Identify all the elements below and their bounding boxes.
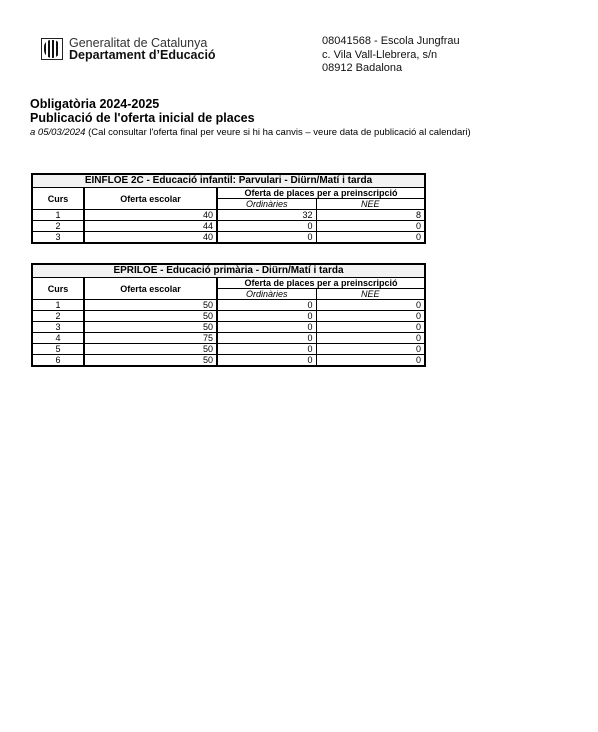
table-row: 4 75 0 0 [32,333,425,344]
cell-nee: 0 [316,344,425,355]
cell-oferta: 50 [84,355,217,367]
cell-ordinaries: 0 [217,221,316,232]
cell-ordinaries: 0 [217,311,316,322]
cell-nee: 0 [316,322,425,333]
offer-table-primaria: EPRILOE - Educació primària - Diürn/Matí… [31,263,426,367]
cell-nee: 0 [316,221,425,232]
table-row: 1 40 32 8 [32,210,425,221]
cell-oferta: 75 [84,333,217,344]
cell-curs: 6 [32,355,84,367]
col-header-curs: Curs [32,188,84,210]
header-logo: Generalitat de Catalunya Departament d’E… [41,37,216,61]
table-row: 1 50 0 0 [32,300,425,311]
publication-note: a 05/03/2024 (Cal consultar l'oferta fin… [30,126,471,139]
cell-oferta: 40 [84,210,217,221]
cell-nee: 8 [316,210,425,221]
col-header-preinscripcio: Oferta de places per a preinscripció [217,278,425,289]
table-row: 6 50 0 0 [32,355,425,367]
table-title: EINFLOE 2C - Educació infantil: Parvular… [32,174,425,188]
cell-oferta: 44 [84,221,217,232]
cell-oferta: 50 [84,344,217,355]
cell-ordinaries: 0 [217,322,316,333]
school-address: c. Vila Vall-Llebrera, s/n [322,49,460,63]
cell-ordinaries: 0 [217,300,316,311]
col-header-nee: NEE [316,199,425,210]
table-row: 3 40 0 0 [32,232,425,244]
col-header-preinscripcio: Oferta de places per a preinscripció [217,188,425,199]
cell-oferta: 40 [84,232,217,244]
school-code-name: 08041568 - Escola Jungfrau [322,35,460,49]
table-row: 5 50 0 0 [32,344,425,355]
cell-oferta: 50 [84,322,217,333]
table-row: 2 50 0 0 [32,311,425,322]
cell-ordinaries: 32 [217,210,316,221]
cell-oferta: 50 [84,311,217,322]
table-title: EPRILOE - Educació primària - Diürn/Matí… [32,264,425,278]
publication-note-text: (Cal consultar l'oferta final per veure … [85,127,470,138]
school-city: 08912 Badalona [322,62,460,76]
cell-nee: 0 [316,355,425,367]
cell-curs: 1 [32,210,84,221]
table-row: 2 44 0 0 [32,221,425,232]
col-header-ordinaries: Ordinàries [217,199,316,210]
col-header-oferta: Oferta escolar [84,188,217,210]
publication-date: a 05/03/2024 [30,127,85,138]
col-header-oferta: Oferta escolar [84,278,217,300]
cell-curs: 5 [32,344,84,355]
document-titles: Obligatòria 2024-2025 Publicació de l'of… [30,97,471,139]
cell-nee: 0 [316,333,425,344]
table-row: 3 50 0 0 [32,322,425,333]
org-line2: Departament d’Educació [69,49,216,61]
page-subtitle: Publicació de l'oferta inicial de places [30,111,471,125]
cell-nee: 0 [316,311,425,322]
generalitat-coat-of-arms-icon [41,38,63,60]
cell-nee: 0 [316,300,425,311]
cell-ordinaries: 0 [217,232,316,244]
col-header-nee: NEE [316,289,425,300]
col-header-curs: Curs [32,278,84,300]
cell-ordinaries: 0 [217,333,316,344]
org-name: Generalitat de Catalunya Departament d’E… [69,37,216,61]
cell-oferta: 50 [84,300,217,311]
school-info: 08041568 - Escola Jungfrau c. Vila Vall-… [322,35,460,76]
cell-curs: 2 [32,221,84,232]
col-header-ordinaries: Ordinàries [217,289,316,300]
cell-curs: 1 [32,300,84,311]
cell-curs: 4 [32,333,84,344]
cell-nee: 0 [316,232,425,244]
cell-ordinaries: 0 [217,355,316,367]
offer-table-infantil: EINFLOE 2C - Educació infantil: Parvular… [31,173,426,244]
cell-curs: 3 [32,232,84,244]
cell-ordinaries: 0 [217,344,316,355]
cell-curs: 2 [32,311,84,322]
page-title: Obligatòria 2024-2025 [30,97,471,111]
cell-curs: 3 [32,322,84,333]
